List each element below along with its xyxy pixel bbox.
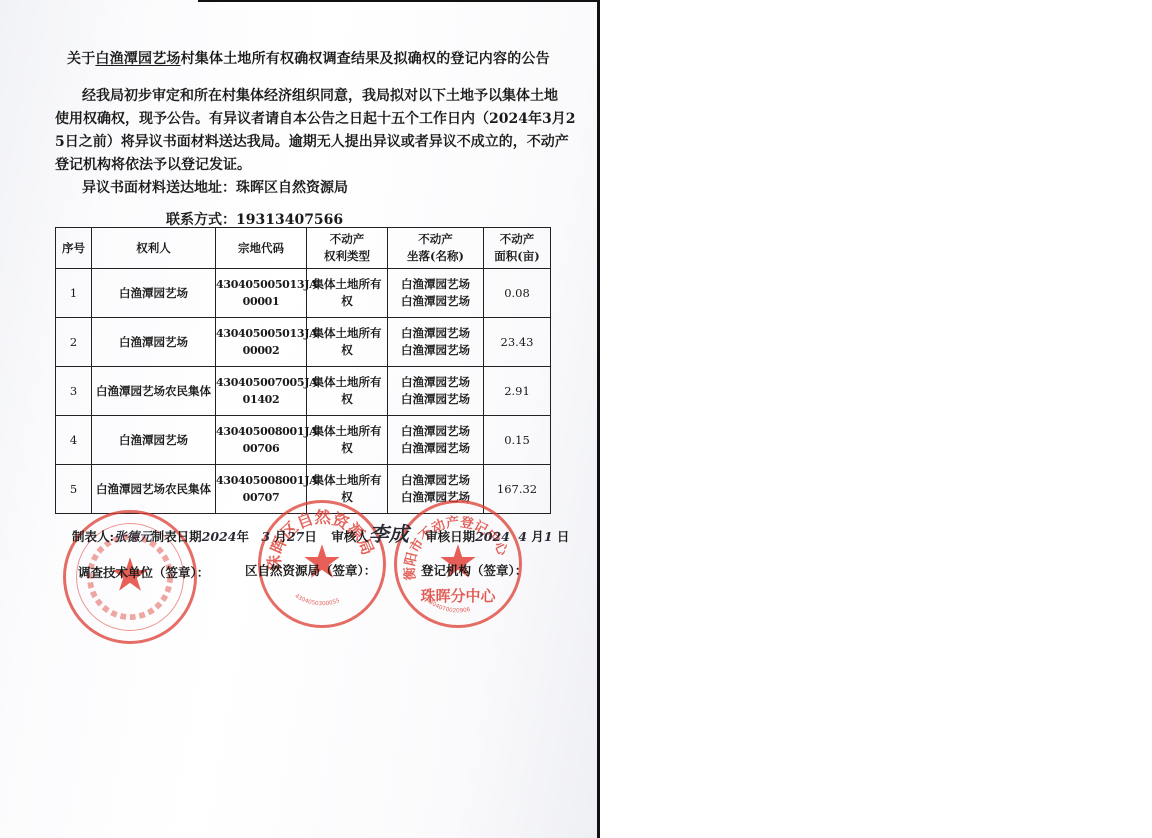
title-prefix: 关于: [67, 51, 95, 67]
prepare-day: 27: [287, 529, 304, 544]
scanned-document-page: 关于白渔潭园艺场村集体土地所有权确权调查结果及拟确权的登记内容的公告 经我局初步…: [0, 0, 598, 838]
cell-no: 4: [56, 416, 92, 465]
table-row: 4白渔潭园艺场430405008001JA00706集体土地所有权白渔潭园艺场白…: [56, 416, 551, 465]
document-title: 关于白渔潭园艺场村集体土地所有权确权调查结果及拟确权的登记内容的公告: [67, 48, 567, 68]
objection-address: 异议书面材料送达地址：珠晖区自然资源局: [82, 177, 582, 200]
prepare-year: 2024: [202, 529, 237, 544]
paragraph-line-2: 使用权确权，现予公告。有异议者请自本公告之日起十五个工作日内（2024年3月2: [55, 108, 555, 131]
review-month-unit: 月: [531, 529, 544, 544]
cell-parcel-code: 430405005013JA00002: [216, 318, 307, 367]
year-unit: 年: [236, 529, 249, 544]
contact-phone: 19313407566: [236, 212, 343, 228]
cell-owner: 白渔潭园艺场: [92, 416, 216, 465]
registry-stamp-bottom-text: 珠晖分中心: [397, 585, 519, 606]
contact-label: 联系方式：: [166, 212, 236, 228]
survey-unit-seal-label: 调查技术单位（签章）：: [78, 563, 209, 581]
review-day-unit: 日: [557, 529, 570, 544]
day-unit: 日: [304, 529, 317, 544]
cell-owner: 白渔潭园艺场: [92, 318, 216, 367]
contact-info: 联系方式：19313407566: [166, 209, 343, 229]
cell-area: 0.08: [484, 269, 551, 318]
scan-border-top: [198, 0, 600, 2]
paragraph-line-1: 经我局初步审定和所在村集体经济组织同意，我局拟对以下土地予以集体土地: [82, 85, 582, 108]
cell-area: 2.91: [484, 367, 551, 416]
header-owner: 权利人: [92, 228, 216, 269]
preparer-signature: 张德元: [114, 529, 152, 544]
cell-location: 白渔潭园艺场白渔潭园艺场: [388, 367, 484, 416]
header-no: 序号: [56, 228, 92, 269]
table-header-row: 序号 权利人 宗地代码 不动产权利类型 不动产坐落(名称) 不动产面积(亩): [56, 228, 551, 269]
cell-right-type: 集体土地所有权: [307, 367, 388, 416]
table-row: 3白渔潭园艺场农民集体430405007005JA01402集体土地所有权白渔潭…: [56, 367, 551, 416]
review-date-label: 审核日期: [425, 529, 475, 544]
review-year: 2024: [475, 529, 510, 544]
title-underlined-name: 白渔潭园艺场: [95, 51, 180, 67]
header-location: 不动产坐落(名称): [388, 228, 484, 269]
cell-right-type: 集体土地所有权: [307, 269, 388, 318]
cell-no: 5: [56, 465, 92, 514]
preparer-label: 制表人:: [72, 529, 114, 544]
scan-border-right: [597, 0, 600, 838]
cell-owner: 白渔潭园艺场农民集体: [92, 367, 216, 416]
cell-parcel-code: 430405008001JA00706: [216, 416, 307, 465]
month-unit: 月: [274, 529, 287, 544]
prepare-month: 3: [261, 529, 270, 544]
cell-parcel-code: 430405007005JA01402: [216, 367, 307, 416]
registration-table: 序号 权利人 宗地代码 不动产权利类型 不动产坐落(名称) 不动产面积(亩) 1…: [55, 227, 551, 514]
header-area: 不动产面积(亩): [484, 228, 551, 269]
paragraph-line-4: 登记机构将依法予以登记发证。: [55, 154, 555, 177]
cell-no: 3: [56, 367, 92, 416]
signature-row: 制表人:张德元制表日期2024年 3 月27日 审核人李成 审核日期2024 4…: [72, 518, 569, 547]
svg-text:4304050300055: 4304050300055: [294, 593, 341, 607]
header-parcel-code: 宗地代码: [216, 228, 307, 269]
title-suffix: 村集体土地所有权确权调查结果及拟确权的登记内容的公告: [181, 51, 550, 67]
header-right-type: 不动产权利类型: [307, 228, 388, 269]
cell-parcel-code: 430405005013JA00001: [216, 269, 307, 318]
cell-area: 23.43: [484, 318, 551, 367]
reviewer-signature: 李成: [369, 522, 409, 546]
paragraph-line-3: 5日之前）将异议书面材料送达我局。逾期无人提出异议或者异议不成立的，不动产: [55, 131, 555, 154]
cell-area: 0.15: [484, 416, 551, 465]
cell-owner: 白渔潭园艺场: [92, 269, 216, 318]
registry-seal-label: 登记机构（签章）：: [421, 561, 527, 579]
cell-no: 2: [56, 318, 92, 367]
cell-no: 1: [56, 269, 92, 318]
cell-location: 白渔潭园艺场白渔潭园艺场: [388, 318, 484, 367]
table-row: 2白渔潭园艺场430405005013JA00002集体土地所有权白渔潭园艺场白…: [56, 318, 551, 367]
cell-location: 白渔潭园艺场白渔潭园艺场: [388, 269, 484, 318]
cell-right-type: 集体土地所有权: [307, 318, 388, 367]
review-day: 1: [544, 529, 553, 544]
review-month: 4: [518, 529, 527, 544]
prepare-date-label: 制表日期: [152, 529, 202, 544]
cell-owner: 白渔潭园艺场农民集体: [92, 465, 216, 514]
cell-location: 白渔潭园艺场白渔潭园艺场: [388, 416, 484, 465]
cell-right-type: 集体土地所有权: [307, 416, 388, 465]
bureau-seal-label: 区自然资源局（签章）：: [245, 561, 376, 579]
reviewer-label: 审核人: [331, 529, 369, 544]
table-row: 1白渔潭园艺场430405005013JA00001集体土地所有权白渔潭园艺场白…: [56, 269, 551, 318]
